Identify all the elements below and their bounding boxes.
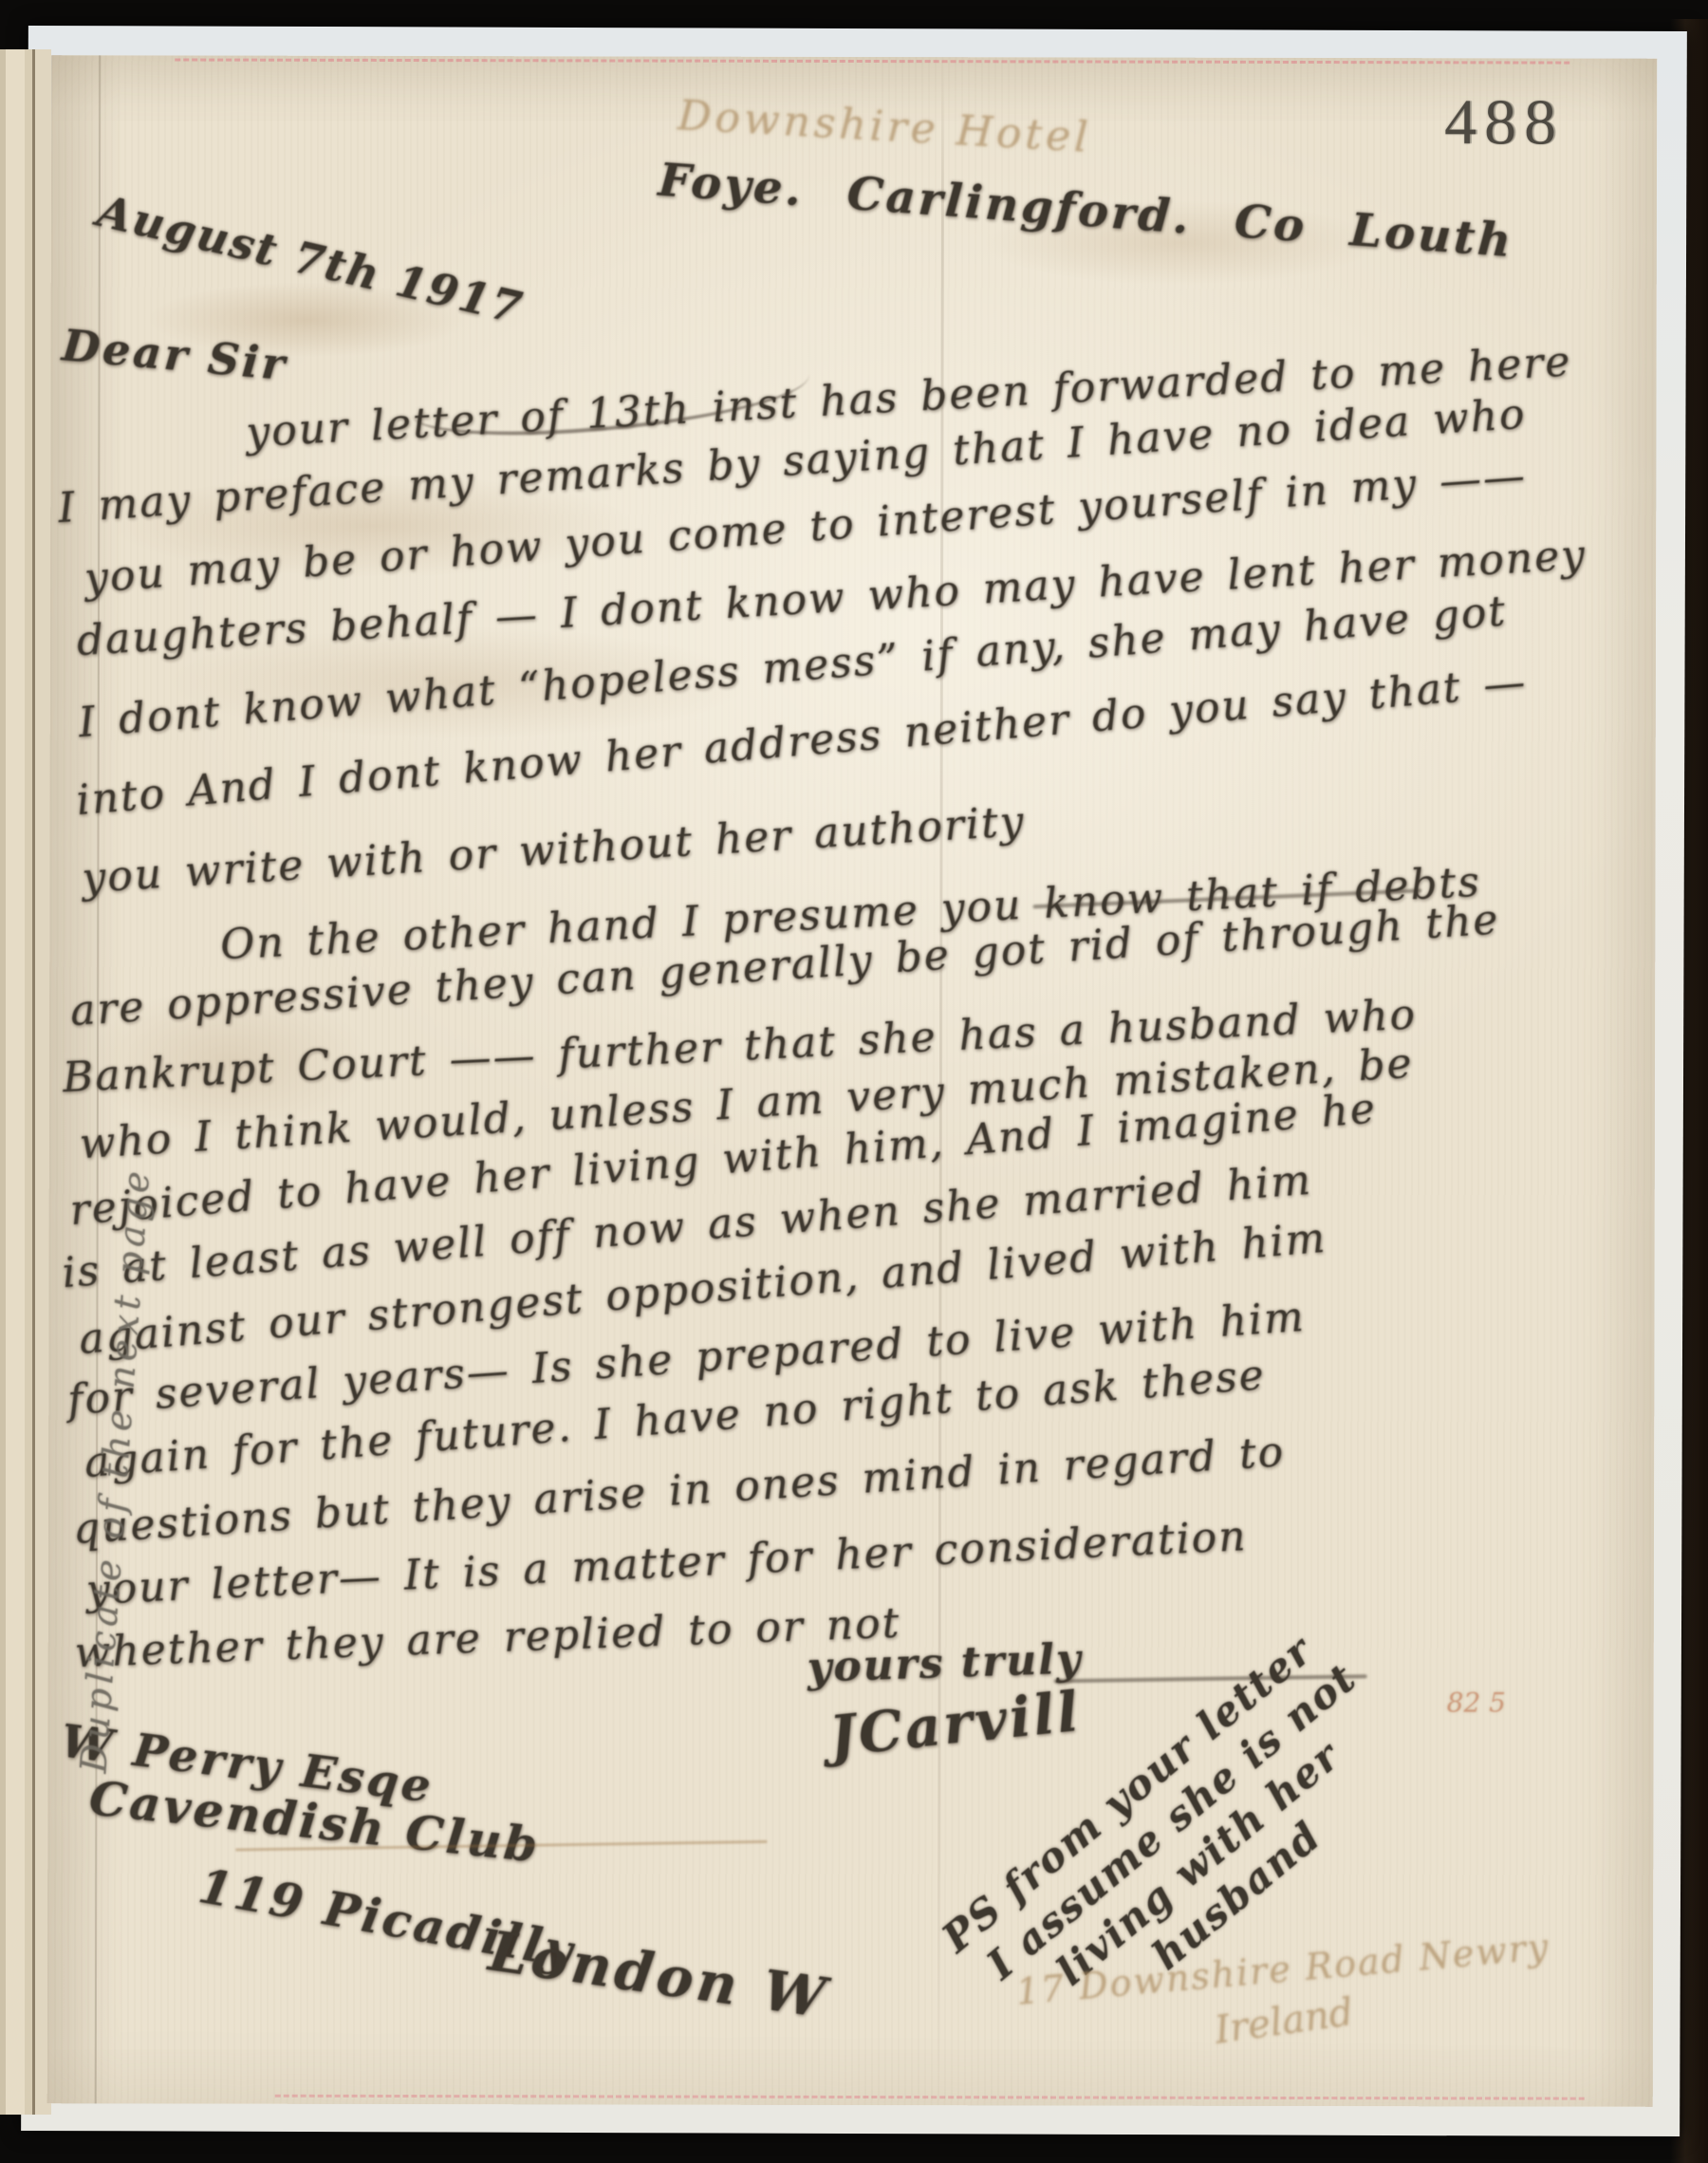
letter-page: 488 Downshire Hotel August 7th 1917 Foye… (47, 55, 1658, 2107)
red-edge-tint-top (175, 59, 1569, 65)
date-line: August 7th 1917 (93, 185, 529, 334)
ghost-offset-text-footer: Ireland (1212, 1990, 1356, 2053)
signature: JCarvill (826, 1679, 1084, 1769)
salutation: Dear Sir (60, 319, 289, 390)
place-line: Foye. Carlingford. Co Louth (657, 154, 1515, 269)
ghost-offset-text-header: Downshire Hotel (677, 91, 1093, 162)
body-line: whether they are replied to or not (74, 1599, 901, 1678)
ghost-offset-number: 82 5 (1447, 1687, 1506, 1718)
page-stack-edge (0, 49, 51, 2115)
red-edge-tint-bottom (275, 2095, 1585, 2100)
letterbook-scan: { "page": { "number": "488", "date": "Au… (0, 0, 1708, 2163)
page-number-stamp: 488 (1444, 84, 1564, 159)
recipient-city: London W (485, 1919, 832, 2031)
